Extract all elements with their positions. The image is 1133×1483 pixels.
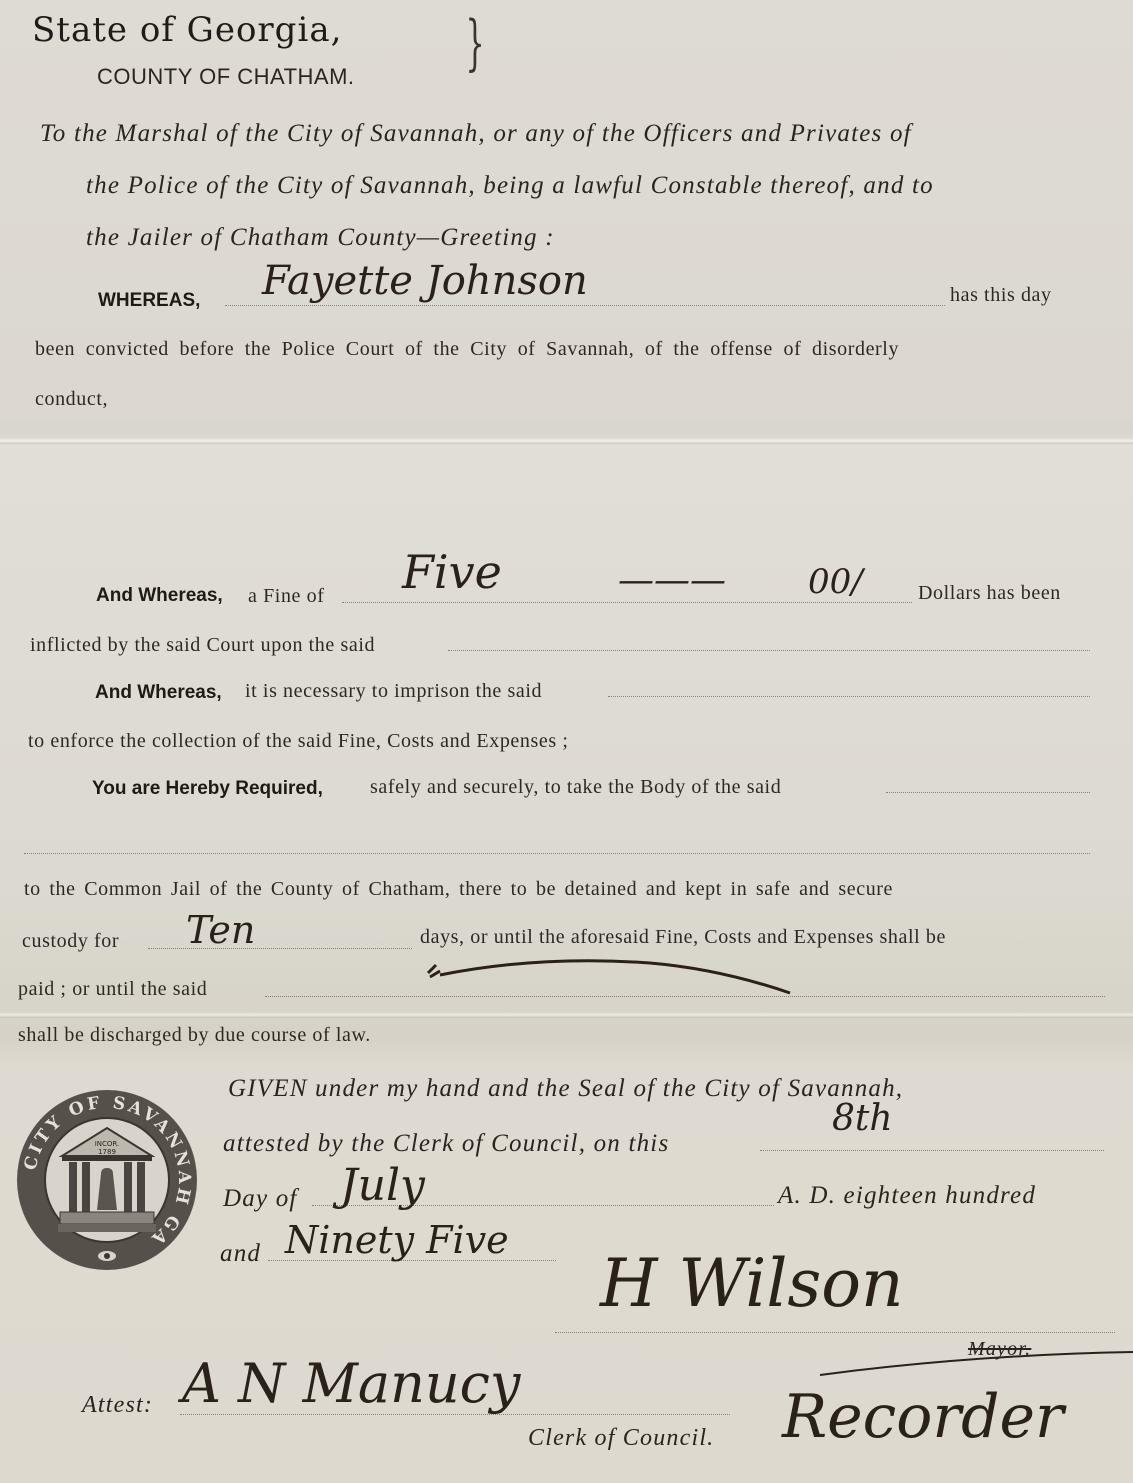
body-field-line bbox=[886, 792, 1090, 793]
discharge-text: shall be discharged by due course of law… bbox=[18, 1024, 371, 1047]
and-label: and bbox=[220, 1240, 261, 1268]
county-title: COUNTY OF CHATHAM. bbox=[97, 64, 355, 90]
strike-through-stroke bbox=[820, 1350, 1133, 1380]
attest-label: Attest: bbox=[82, 1392, 153, 1419]
handwritten-dash-stroke bbox=[420, 955, 800, 1000]
fine-dash-handwritten: ——— bbox=[618, 560, 726, 601]
convict-name-handwritten: Fayette Johnson bbox=[262, 258, 588, 304]
address-line-2: the Police of the City of Savannah, bein… bbox=[86, 172, 934, 200]
day-field-line bbox=[760, 1150, 1104, 1151]
fine-line-2: inflicted by the said Court upon the sai… bbox=[30, 634, 375, 657]
month-handwritten: July bbox=[340, 1160, 425, 1211]
fine-person-field-line bbox=[448, 650, 1090, 651]
day-handwritten: 8th bbox=[832, 1098, 893, 1139]
dollars-has-been-text: Dollars has been bbox=[918, 582, 1061, 605]
imprison-line-2: to enforce the collection of the said Fi… bbox=[28, 730, 569, 753]
header-brace: } bbox=[466, 8, 485, 78]
imprison-text: it is necessary to imprison the said bbox=[245, 680, 542, 703]
days-handwritten: Ten bbox=[186, 908, 255, 952]
state-title: State of Georgia, bbox=[32, 10, 342, 50]
address-line-1: To the Marshal of the City of Savannah, … bbox=[40, 120, 912, 148]
svg-text:INCOR.: INCOR. bbox=[95, 1140, 120, 1148]
clerk-signature: A N Manucy bbox=[182, 1352, 520, 1415]
year-handwritten: Ninety Five bbox=[285, 1218, 509, 1262]
address-line-3: the Jailer of Chatham County—Greeting : bbox=[86, 224, 555, 252]
common-jail-line: to the Common Jail of the County of Chat… bbox=[24, 878, 893, 901]
conviction-line-2: been convicted before the Police Court o… bbox=[35, 338, 899, 361]
required-text: safely and securely, to take the Body of… bbox=[370, 776, 781, 799]
custody-for-label: custody for bbox=[22, 930, 119, 953]
day-of-label: Day of bbox=[223, 1185, 298, 1213]
days-text: days, or until the aforesaid Fine, Costs… bbox=[420, 926, 946, 949]
paper-fold-crease bbox=[0, 438, 1133, 444]
ad-eighteen-hundred: A. D. eighteen hundred bbox=[778, 1182, 1036, 1210]
imprison-whereas-label: And Whereas, bbox=[95, 682, 222, 704]
paid-text: paid ; or until the said bbox=[18, 978, 207, 1001]
city-of-savannah-seal: CITY OF SAVANNAH GA INCOR. 1789 bbox=[14, 1084, 200, 1276]
fine-amount-handwritten: Five bbox=[402, 545, 502, 599]
conviction-line-3: conduct, bbox=[35, 388, 108, 411]
has-this-day-text: has this day bbox=[950, 284, 1052, 307]
body-field-line-2 bbox=[24, 853, 1090, 854]
recorder-signature: Recorder bbox=[782, 1382, 1064, 1452]
mayor-signature-line bbox=[555, 1332, 1115, 1333]
name-field-line bbox=[225, 305, 945, 306]
mayor-signature: H Wilson bbox=[600, 1245, 904, 1322]
given-line-2: attested by the Clerk of Council, on thi… bbox=[223, 1130, 669, 1158]
fine-whereas-label: And Whereas, bbox=[96, 585, 223, 607]
given-line-1: GIVEN under my hand and the Seal of the … bbox=[228, 1075, 903, 1103]
fine-cents-handwritten: 00/ bbox=[808, 562, 863, 602]
imprison-field-line bbox=[608, 696, 1090, 697]
paper-fold-crease bbox=[0, 1012, 1133, 1018]
fine-amount-field-line bbox=[342, 602, 912, 603]
fine-text-before: a Fine of bbox=[248, 585, 325, 608]
clerk-title: Clerk of Council. bbox=[528, 1425, 714, 1452]
hereby-required-label: You are Hereby Required, bbox=[92, 778, 323, 800]
svg-text:1789: 1789 bbox=[98, 1148, 116, 1156]
whereas-label: WHEREAS, bbox=[98, 290, 200, 312]
